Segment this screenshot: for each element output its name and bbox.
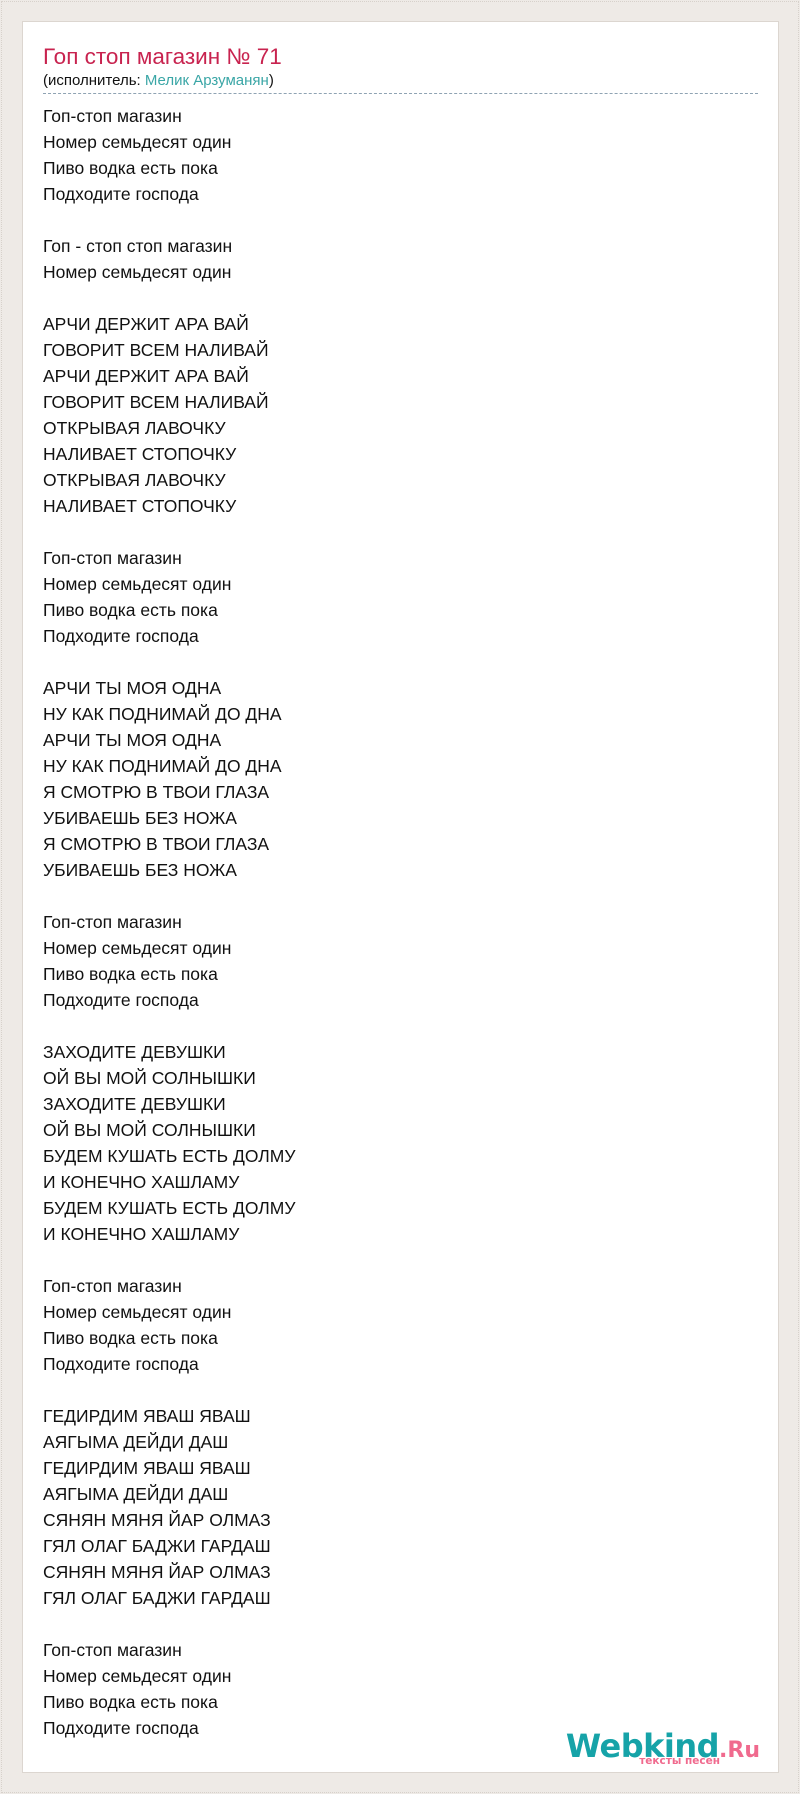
lyric-line: ЗАХОДИТЕ ДЕВУШКИ — [43, 1039, 295, 1065]
lyric-line: НАЛИВАЕТ СТОПОЧКУ — [43, 441, 295, 467]
lyric-line: И КОНЕЧНО ХАШЛАМУ — [43, 1169, 295, 1195]
lyric-stanza: Гоп-стоп магазинНомер семьдесят одинПиво… — [43, 545, 295, 649]
lyric-line: Номер семьдесят один — [43, 1299, 295, 1325]
song-title: Гоп стоп магазин № 71 — [43, 44, 282, 70]
lyric-stanza: Гоп-стоп магазинНомер семьдесят одинПиво… — [43, 1637, 295, 1741]
lyric-line: И КОНЕЧНО ХАШЛАМУ — [43, 1221, 295, 1247]
lyric-line: ЗАХОДИТЕ ДЕВУШКИ — [43, 1091, 295, 1117]
lyric-line: АРЧИ ДЕРЖИТ АРА ВАЙ — [43, 363, 295, 389]
title-divider — [43, 93, 758, 94]
lyric-line: Номер семьдесят один — [43, 571, 295, 597]
lyric-line: ГЕДИРДИМ ЯВАШ ЯВАШ — [43, 1403, 295, 1429]
lyric-stanza: ГЕДИРДИМ ЯВАШ ЯВАШАЯГЫМА ДЕЙДИ ДАШГЕДИРД… — [43, 1403, 295, 1611]
lyric-line: Пиво водка есть пока — [43, 155, 295, 181]
lyric-line: Подходите господа — [43, 1351, 295, 1377]
lyric-line: Гоп-стоп магазин — [43, 909, 295, 935]
lyric-line: СЯНЯН МЯНЯ ЙАР ОЛМАЗ — [43, 1559, 295, 1585]
lyric-line: Гоп-стоп магазин — [43, 103, 295, 129]
lyric-line: Подходите господа — [43, 623, 295, 649]
site-logo[interactable]: Webkind.Ru тексты песен — [566, 1730, 760, 1762]
lyric-line: ОТКРЫВАЯ ЛАВОЧКУ — [43, 415, 295, 441]
lyric-line: АЯГЫМА ДЕЙДИ ДАШ — [43, 1429, 295, 1455]
lyric-line: Гоп-стоп магазин — [43, 1273, 295, 1299]
lyric-stanza: Гоп-стоп магазинНомер семьдесят одинПиво… — [43, 1273, 295, 1377]
lyric-line: Я СМОТРЮ В ТВОИ ГЛАЗА — [43, 831, 295, 857]
lyric-line: Я СМОТРЮ В ТВОИ ГЛАЗА — [43, 779, 295, 805]
lyric-line: ГОВОРИТ ВСЕМ НАЛИВАЙ — [43, 337, 295, 363]
lyric-line: УБИВАЕШЬ БЕЗ НОЖА — [43, 805, 295, 831]
lyric-line: НУ КАК ПОДНИМАЙ ДО ДНА — [43, 701, 295, 727]
lyric-line: АРЧИ ТЫ МОЯ ОДНА — [43, 727, 295, 753]
lyrics-body: Гоп-стоп магазинНомер семьдесят одинПиво… — [43, 103, 295, 1741]
lyric-line: ГЕДИРДИМ ЯВАШ ЯВАШ — [43, 1455, 295, 1481]
performer-prefix: (исполнитель: — [43, 72, 145, 89]
lyric-line: Пиво водка есть пока — [43, 1689, 295, 1715]
lyric-line: Пиво водка есть пока — [43, 597, 295, 623]
performer-link[interactable]: Мелик Арзуманян — [145, 72, 269, 89]
lyric-stanza: АРЧИ ТЫ МОЯ ОДНАНУ КАК ПОДНИМАЙ ДО ДНААР… — [43, 675, 295, 883]
lyric-line: Номер семьдесят один — [43, 935, 295, 961]
lyric-line: ОЙ ВЫ МОЙ СОЛНЫШКИ — [43, 1117, 295, 1143]
lyric-line: Гоп-стоп магазин — [43, 1637, 295, 1663]
lyric-line: ГЯЛ ОЛАГ БАДЖИ ГАРДАШ — [43, 1585, 295, 1611]
lyric-line: БУДЕМ КУШАТЬ ЕСТЬ ДОЛМУ — [43, 1195, 295, 1221]
lyric-line: ГЯЛ ОЛАГ БАДЖИ ГАРДАШ — [43, 1533, 295, 1559]
lyric-line: Подходите господа — [43, 1715, 295, 1741]
lyric-line: ОТКРЫВАЯ ЛАВОЧКУ — [43, 467, 295, 493]
lyric-stanza: Гоп - стоп стоп магазинНомер семьдесят о… — [43, 233, 295, 285]
lyric-line: ОЙ ВЫ МОЙ СОЛНЫШКИ — [43, 1065, 295, 1091]
lyric-line: Номер семьдесят один — [43, 259, 295, 285]
lyric-line: АРЧИ ДЕРЖИТ АРА ВАЙ — [43, 311, 295, 337]
lyric-stanza: Гоп-стоп магазинНомер семьдесят одинПиво… — [43, 909, 295, 1013]
lyrics-card: Гоп стоп магазин № 71 (исполнитель: Мели… — [22, 21, 779, 1773]
lyric-line: Подходите господа — [43, 181, 295, 207]
lyric-line: Гоп - стоп стоп магазин — [43, 233, 295, 259]
lyric-line: АЯГЫМА ДЕЙДИ ДАШ — [43, 1481, 295, 1507]
lyric-line: Пиво водка есть пока — [43, 1325, 295, 1351]
lyric-line: СЯНЯН МЯНЯ ЙАР ОЛМАЗ — [43, 1507, 295, 1533]
logo-tld: .Ru — [719, 1738, 760, 1763]
lyric-line: Номер семьдесят один — [43, 1663, 295, 1689]
performer-suffix: ) — [269, 72, 274, 89]
logo-tagline: тексты песен — [639, 1756, 720, 1767]
lyric-line: АРЧИ ТЫ МОЯ ОДНА — [43, 675, 295, 701]
lyric-stanza: ЗАХОДИТЕ ДЕВУШКИОЙ ВЫ МОЙ СОЛНЫШКИЗАХОДИ… — [43, 1039, 295, 1247]
lyric-line: БУДЕМ КУШАТЬ ЕСТЬ ДОЛМУ — [43, 1143, 295, 1169]
lyric-line: ГОВОРИТ ВСЕМ НАЛИВАЙ — [43, 389, 295, 415]
lyric-line: Гоп-стоп магазин — [43, 545, 295, 571]
performer-line: (исполнитель: Мелик Арзуманян) — [43, 72, 274, 90]
lyric-line: НАЛИВАЕТ СТОПОЧКУ — [43, 493, 295, 519]
lyric-line: Подходите господа — [43, 987, 295, 1013]
lyric-stanza: Гоп-стоп магазинНомер семьдесят одинПиво… — [43, 103, 295, 207]
lyric-line: УБИВАЕШЬ БЕЗ НОЖА — [43, 857, 295, 883]
lyric-line: Пиво водка есть пока — [43, 961, 295, 987]
lyric-line: НУ КАК ПОДНИМАЙ ДО ДНА — [43, 753, 295, 779]
lyric-line: Номер семьдесят один — [43, 129, 295, 155]
lyric-stanza: АРЧИ ДЕРЖИТ АРА ВАЙГОВОРИТ ВСЕМ НАЛИВАЙА… — [43, 311, 295, 519]
